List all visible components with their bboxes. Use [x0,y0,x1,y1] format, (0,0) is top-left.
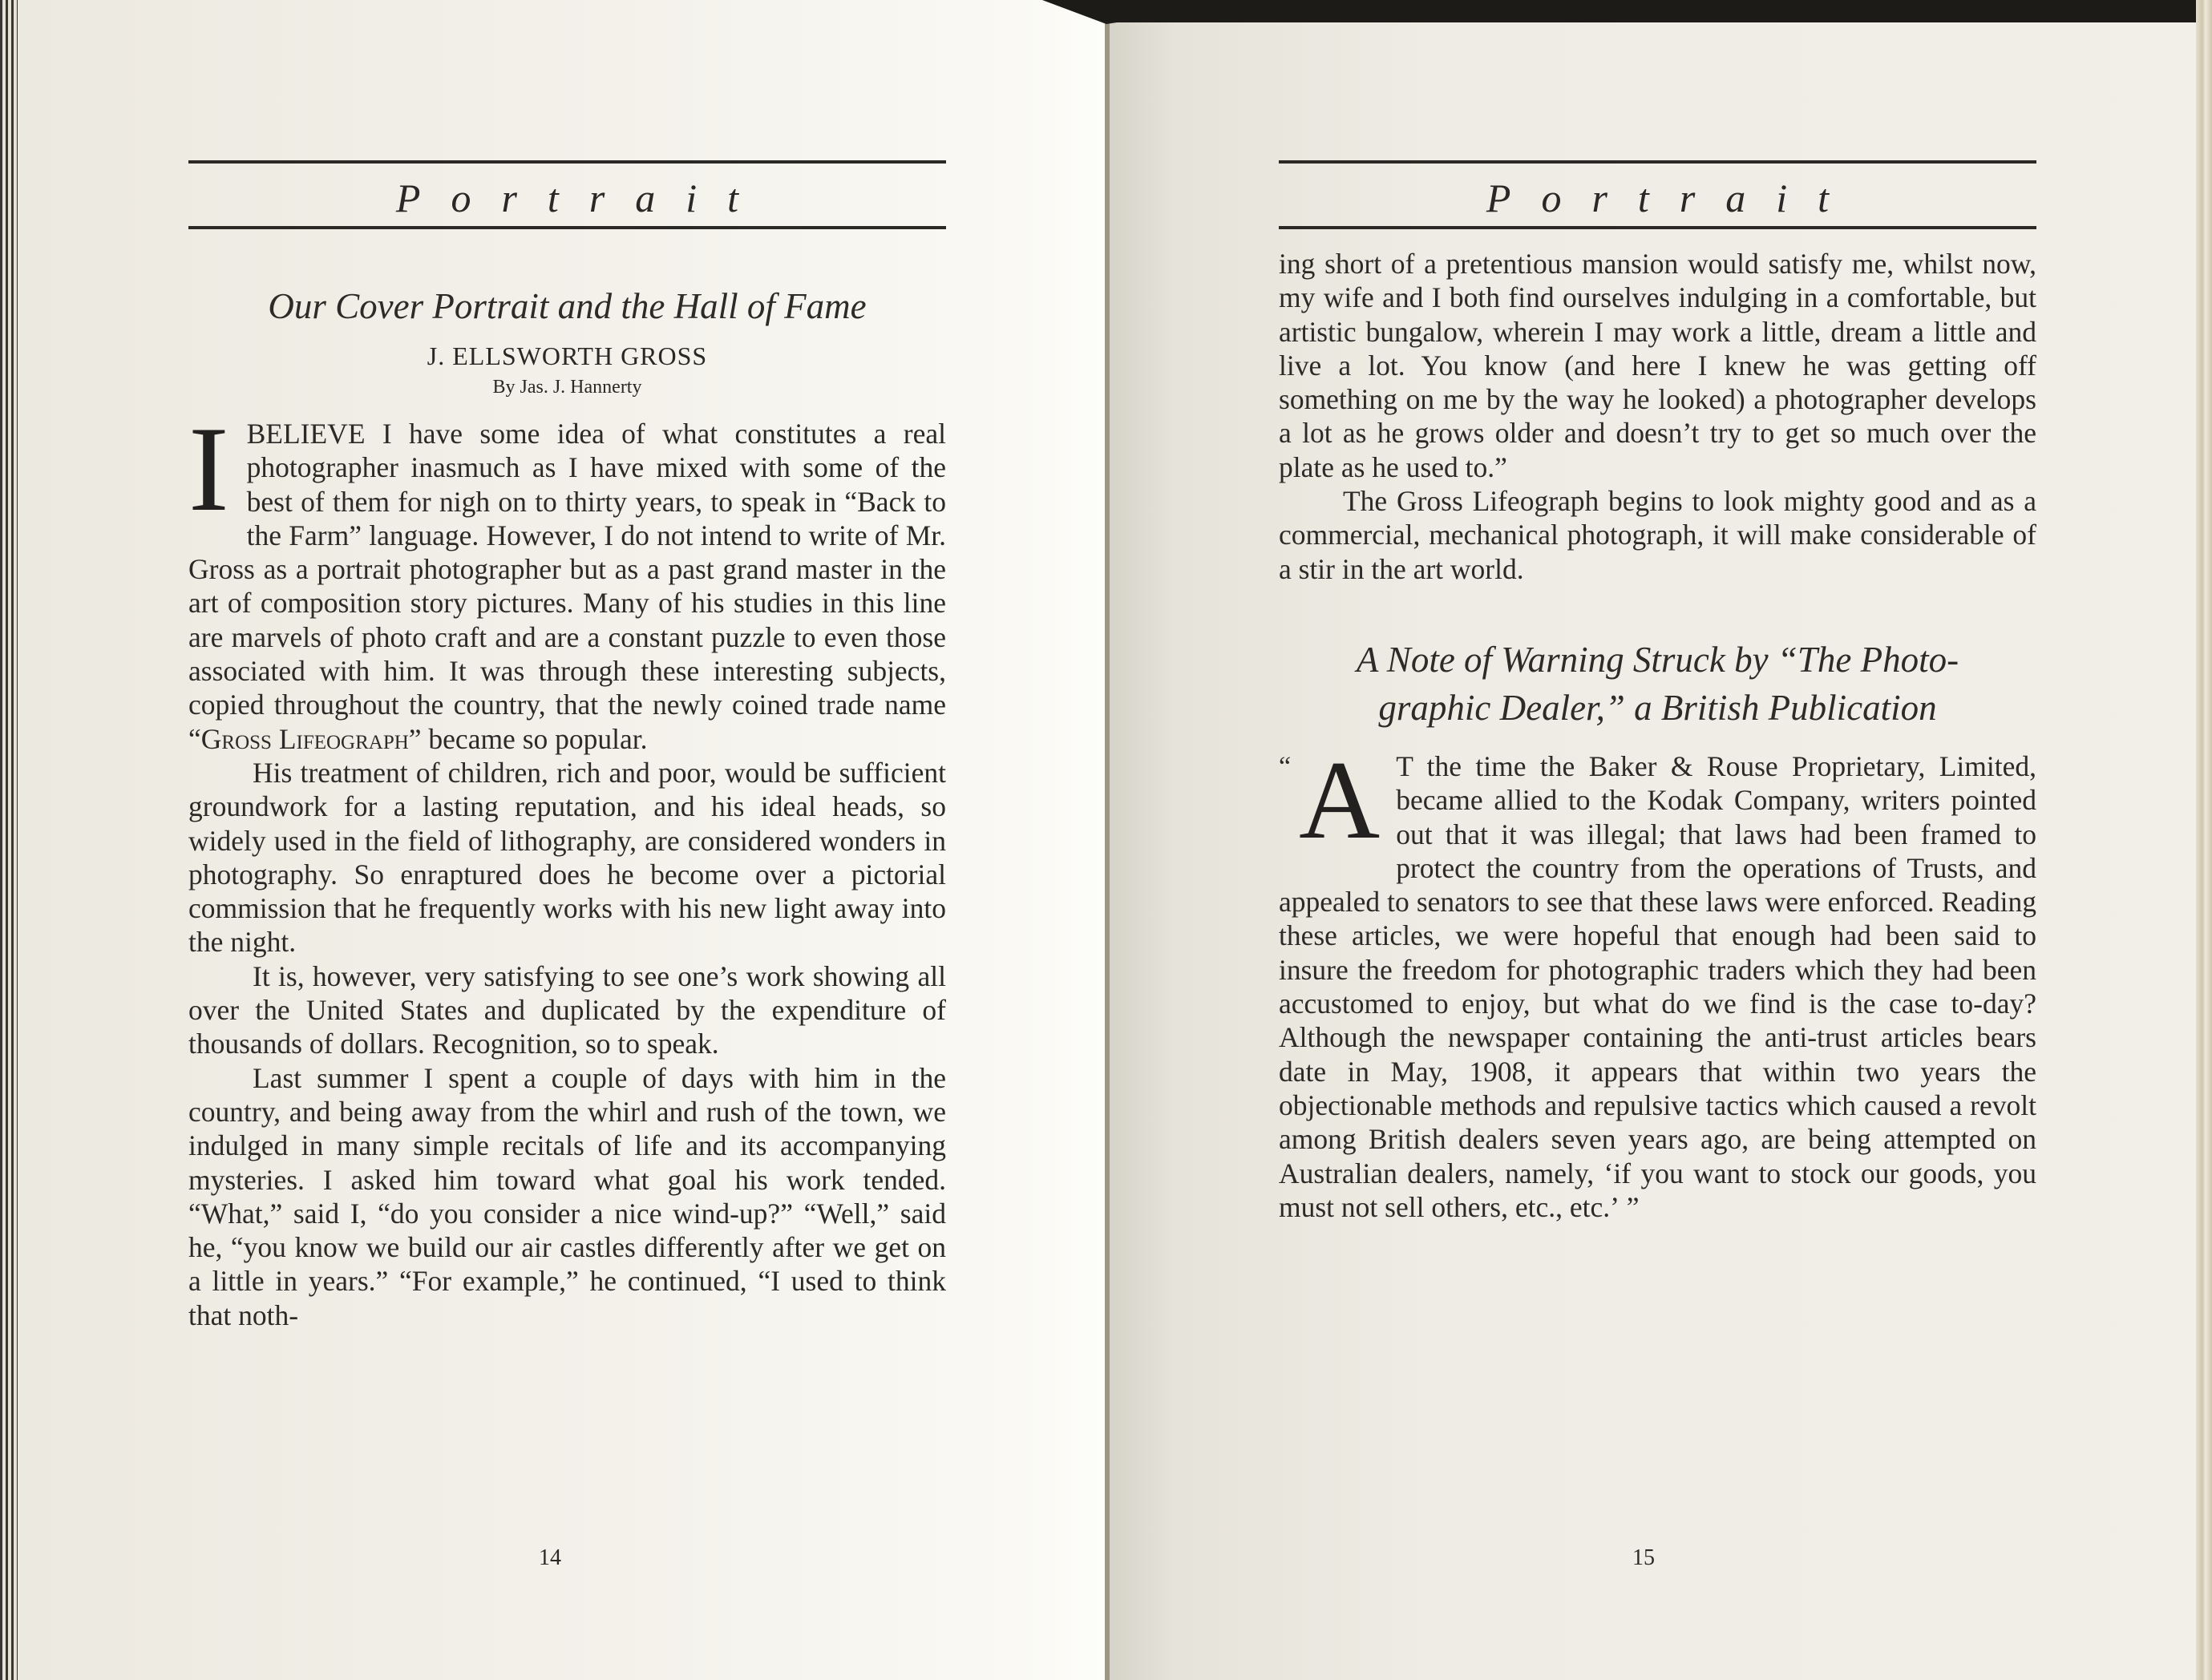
paragraph: “AT the time the Baker & Rouse Proprieta… [1279,749,2036,1224]
running-head: Portrait [1279,164,2036,226]
section-title: A Note of Warning Struck by “The Photo- … [1279,636,2036,732]
article-title: Our Cover Portrait and the Hall of Fame [188,284,946,329]
paragraph: Last summer I spent a couple of days wit… [188,1061,946,1332]
trade-name: Gross Lifeograph [201,723,409,755]
continued-body: ing short of a pretentious mansion would… [1279,247,2036,586]
left-page-content: Portrait Our Cover Portrait and the Hall… [188,160,946,1332]
drop-cap: A [1299,756,1380,854]
header-rule-bottom [188,226,946,229]
paragraph: It is, however, very satisfying to see o… [188,959,946,1061]
book-spread: Portrait Our Cover Portrait and the Hall… [0,0,2212,1680]
paragraph-text: T the time the Baker & Rouse Proprietary… [1279,750,2036,1223]
section-title-line: graphic Dealer,” a British Publication [1279,684,2036,732]
header-rule-bottom [1279,226,2036,229]
article-byline: By Jas. J. Hannerty [188,375,946,399]
article-body: I BELIEVE I have some idea of what const… [188,417,946,1332]
paragraph: The Gross Lifeograph begins to look migh… [1279,484,2036,586]
open-quote: “ [1279,751,1291,783]
running-head: Portrait [188,164,946,226]
right-page-edges [2196,0,2212,1680]
page-number: 14 [510,1545,590,1571]
drop-cap: I [188,422,229,523]
paragraph: His treatment of children, rich and poor… [188,756,946,959]
article-subject: J. ELLSWORTH GROSS [188,340,946,372]
paragraph-text: BELIEVE I have some idea of what constit… [188,418,946,755]
page-number: 15 [1603,1545,1684,1571]
paragraph: I BELIEVE I have some idea of what const… [188,417,946,756]
section-title-line: A Note of Warning Struck by “The Photo- [1279,636,2036,684]
section-body: “AT the time the Baker & Rouse Proprieta… [1279,749,2036,1224]
left-page-edges [0,0,18,1680]
paragraph-text: ” became so popular. [409,723,648,755]
paragraph: ing short of a pretentious mansion would… [1279,247,2036,484]
right-page-content: Portrait ing short of a pretentious mans… [1279,160,2036,1224]
